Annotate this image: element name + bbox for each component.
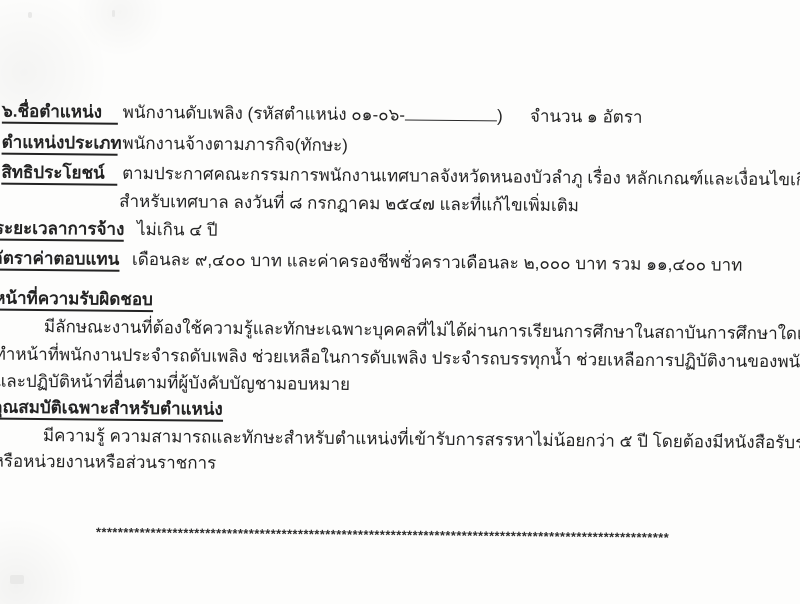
section-duties-line3: และปฏิบัติหน้าที่อื่นตามที่ผู้บังคับบัญช… bbox=[0, 371, 350, 396]
field-value-position-type: พนักงานจ้างตามภารกิจ(ทักษะ) bbox=[122, 134, 348, 155]
field-value-position-name: พนักงานดับเพลิง (รหัสตำแหน่ง ๐๑-๐๖- bbox=[123, 103, 405, 125]
field-row-position-type: ตำแหน่งประเภท พนักงานจ้างตามภารกิจ(ทักษะ… bbox=[2, 132, 348, 159]
field-label-benefits: สิทธิประโยชน์ bbox=[1, 162, 117, 186]
field-label-compensation: อัตราค่าตอบแทน bbox=[0, 248, 119, 272]
section-heading-duties: หน้าที่ความรับผิดชอบ bbox=[0, 288, 153, 313]
section-duties-line2: ทำหน้าที่พนักงานประจำรถดับเพลิง ช่วยเหลื… bbox=[0, 344, 800, 374]
field-label-employment-period: ระยะเวลาการจ้าง bbox=[0, 218, 124, 242]
section-duties-line1: มีลักษณะงานที่ต้องใช้ความรู้และทักษะเฉพา… bbox=[44, 316, 800, 345]
document-content: ๖.ชื่อตำแหน่ง พนักงานดับเพลิง (รหัสตำแหน… bbox=[0, 0, 800, 604]
asterisk-separator: ****************************************… bbox=[96, 525, 714, 547]
section-heading-qualifications: คุณสมบัติเฉพาะสำหรับตำแหน่ง bbox=[0, 397, 223, 422]
field-value-position-count: จำนวน ๑ อัตรา bbox=[530, 106, 643, 128]
qualifications-text-line2: หรือหน่วยงานหรือส่วนราชการ bbox=[0, 452, 216, 473]
duties-text-line2: ทำหน้าที่พนักงานประจำรถดับเพลิง ช่วยเหลื… bbox=[0, 345, 800, 373]
qualifications-text-line1: มีความรู้ ความสามารถและทักษะสำหรับตำแหน่… bbox=[43, 426, 800, 453]
duties-text-line3: และปฏิบัติหน้าที่อื่นตามที่ผู้บังคับบัญช… bbox=[0, 372, 350, 394]
field-row-employment-period: ระยะเวลาการจ้าง ไม่เกิน ๔ ปี bbox=[0, 218, 218, 243]
field-row-position-name: ๖.ชื่อตำแหน่ง พนักงานดับเพลิง (รหัสตำแหน… bbox=[2, 101, 798, 132]
section-qualifications-line2: หรือหน่วยงานหรือส่วนราชการ bbox=[0, 451, 216, 474]
field-value-benefits-line1: ตามประกาศคณะกรรมการพนักงานเทศบาลจังหวัดห… bbox=[122, 164, 800, 191]
field-value-position-name-suffix: ) bbox=[497, 106, 503, 125]
field-row-compensation: อัตราค่าตอบแทน เดือนละ ๙,๔๐๐ บาท และค่าค… bbox=[0, 248, 742, 278]
field-label-position-type: ตำแหน่งประเภท bbox=[2, 132, 118, 156]
section-duties-heading-row: หน้าที่ความรับผิดชอบ bbox=[0, 288, 153, 313]
field-value-benefits-line2: สำหรับเทศบาล ลงวันที่ ๘ กรกฎาคม ๒๕๔๗ และ… bbox=[119, 192, 579, 215]
section-qualifications-line1: มีความรู้ ความสามารถและทักษะสำหรับตำแหน่… bbox=[43, 425, 800, 455]
scanned-document-page: ๖.ชื่อตำแหน่ง พนักงานดับเพลิง (รหัสตำแหน… bbox=[0, 0, 800, 604]
field-value-compensation: เดือนละ ๙,๔๐๐ บาท และค่าครองชีพชั่วคราวเ… bbox=[132, 250, 743, 275]
field-row-benefits: สิทธิประโยชน์ ตามประกาศคณะกรรมการพนักงาน… bbox=[1, 162, 800, 194]
field-value-employment-period: ไม่เกิน ๔ ปี bbox=[137, 220, 218, 240]
field-label-position-name: ๖.ชื่อตำแหน่ง bbox=[2, 101, 118, 125]
blank-fill-line bbox=[405, 106, 497, 122]
field-row-benefits-cont: สำหรับเทศบาล ลงวันที่ ๘ กรกฎาคม ๒๕๔๗ และ… bbox=[119, 191, 579, 217]
section-qualifications-heading-row: คุณสมบัติเฉพาะสำหรับตำแหน่ง bbox=[0, 397, 223, 422]
duties-text-line1: มีลักษณะงานที่ต้องใช้ความรู้และทักษะเฉพา… bbox=[44, 317, 800, 344]
